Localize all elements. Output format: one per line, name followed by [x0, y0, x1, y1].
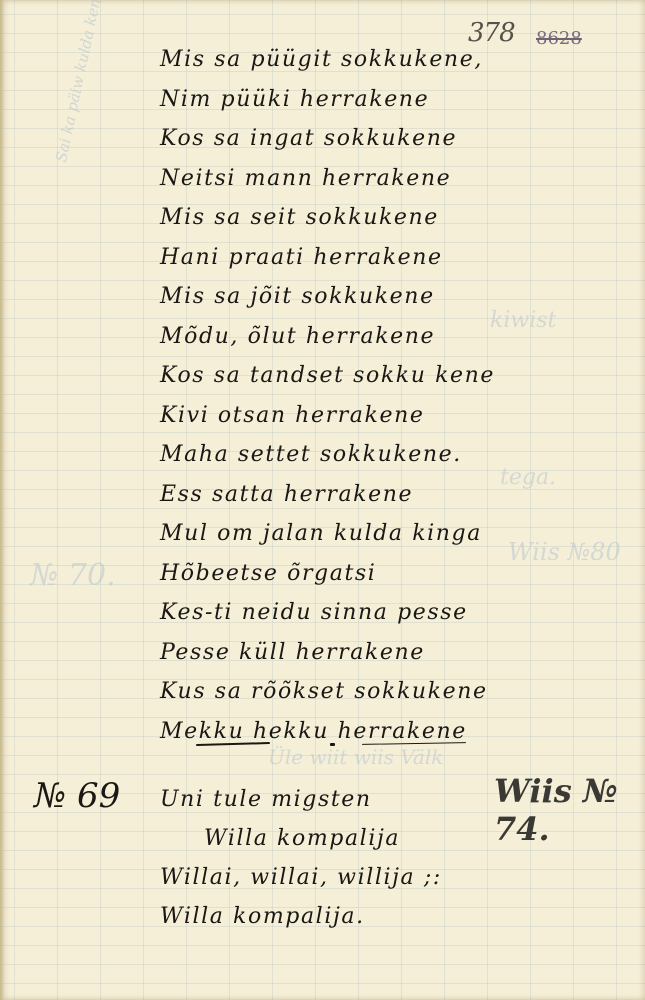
verse-line: Kus sa rõõkset sokkukene: [160, 672, 600, 712]
song-2-verse: Uni tule migsten Willa kompalija Willai,…: [160, 780, 600, 936]
verse-line: Willai, willai, willija ;:: [160, 858, 600, 897]
verse-line: Kes-ti neidu sinna pesse: [160, 593, 600, 633]
verse-line: Kos sa tandset sokku kene: [160, 356, 600, 396]
verse-line: Ess satta herrakene: [160, 475, 600, 515]
verse-line: Willa kompalija: [160, 819, 600, 858]
manuscript-page: Sai ka päiw kulda kene ... Willa kompali…: [0, 0, 645, 1000]
song-1-verse: Mis sa püügit sokkukene, Nim püüki herra…: [160, 40, 600, 751]
verse-line: Mis sa seit sokkukene: [160, 198, 600, 238]
verse-line: Neitsi mann herrakene: [160, 159, 600, 199]
verse-line: Kivi otsan herrakene: [160, 396, 600, 436]
section-divider-dot: [330, 743, 335, 746]
verse-line: Mul om jalan kulda kinga: [160, 514, 600, 554]
verse-line: Maha settet sokkukene.: [160, 435, 600, 475]
verse-line: Mis sa jõit sokkukene: [160, 277, 600, 317]
show-through-number: № 70.: [30, 558, 116, 593]
page-edge: [0, 0, 4, 1000]
verse-line: Willa kompalija.: [160, 897, 600, 936]
verse-line: Hani praati herrakene: [160, 238, 600, 278]
song-number: № 69: [34, 776, 120, 816]
verse-line: Uni tule migsten: [160, 780, 600, 819]
verse-line: Hõbeetse õrgatsi: [160, 554, 600, 594]
show-through-vertical-note: Sai ka päiw kulda kene ... Willa kompali…: [52, 0, 141, 164]
verse-line: Nim püüki herrakene: [160, 80, 600, 120]
verse-line: Mõdu, õlut herrakene: [160, 317, 600, 357]
verse-line: Mis sa püügit sokkukene,: [160, 40, 600, 80]
verse-line: Kos sa ingat sokkukene: [160, 119, 600, 159]
verse-line: Pesse küll herrakene: [160, 633, 600, 673]
